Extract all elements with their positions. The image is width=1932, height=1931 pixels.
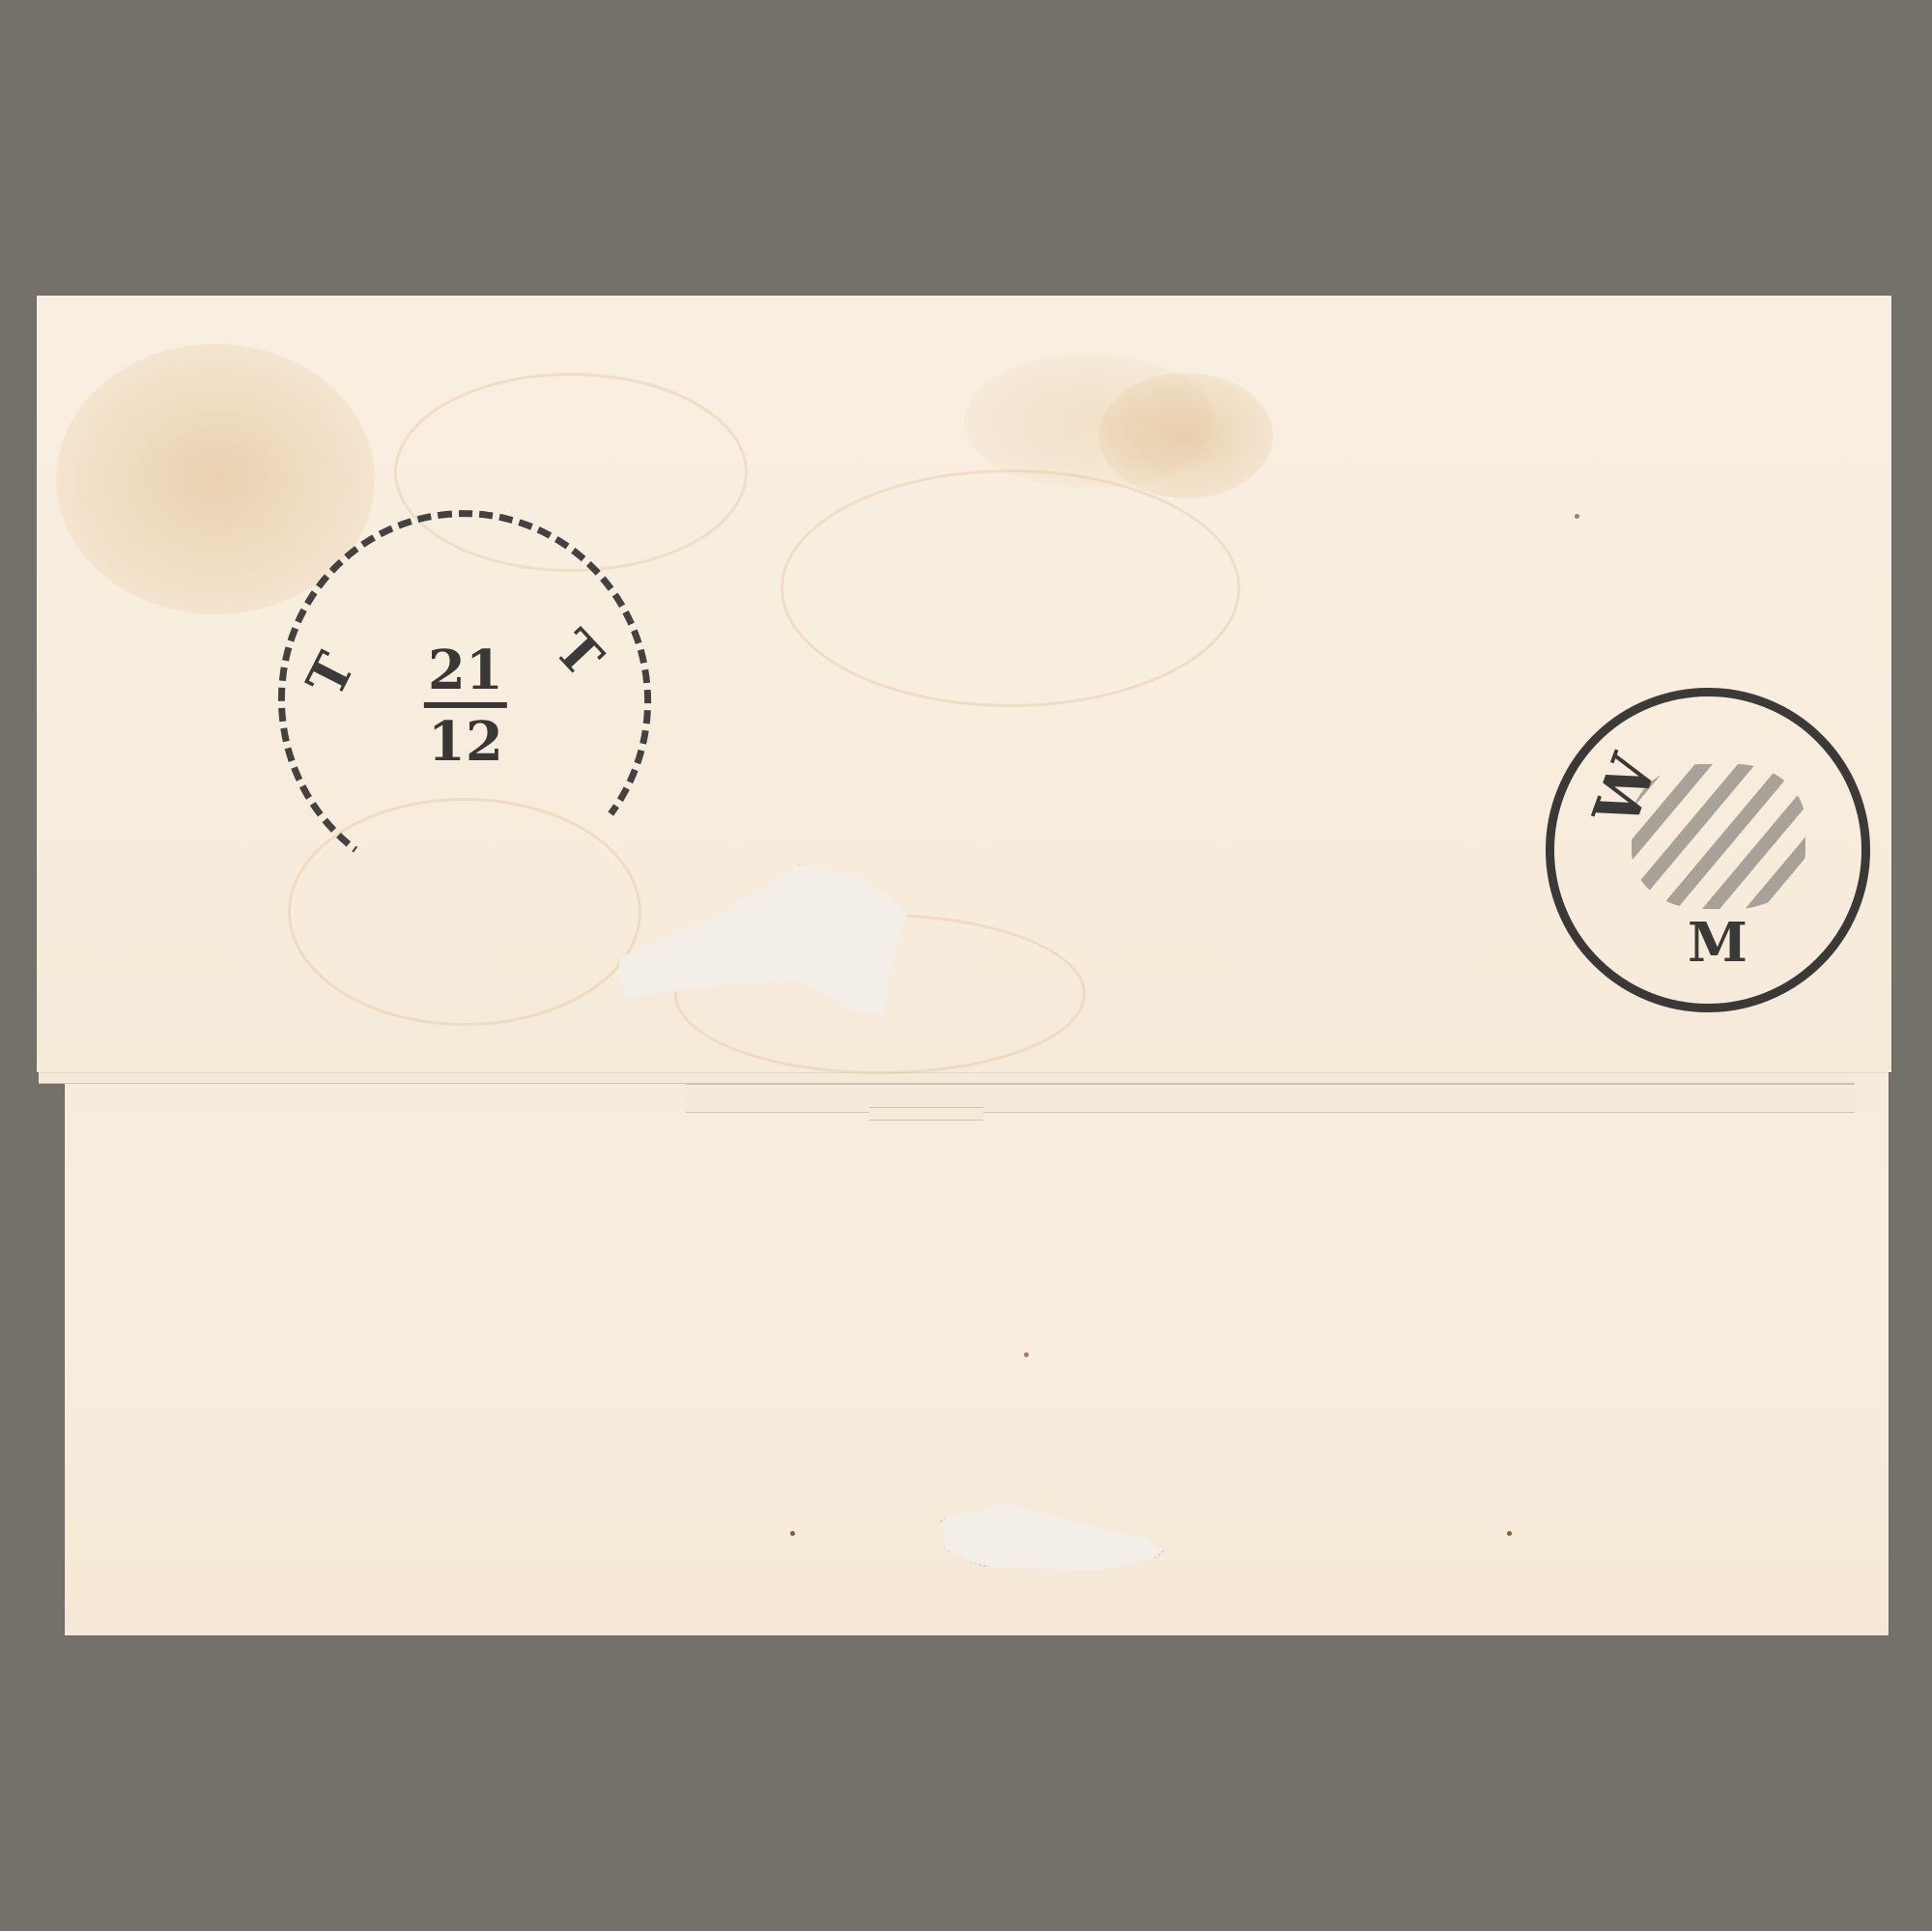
inner-fold-edge (686, 1084, 1855, 1113)
postmark-date-divider (424, 702, 507, 708)
postmark-day: 21 (286, 642, 645, 698)
bleed-through-oval (781, 469, 1240, 707)
foxing-speck (1024, 1352, 1029, 1357)
foxing-speck (790, 1531, 795, 1536)
foxing-speck (1507, 1531, 1512, 1536)
smudged-inscription (1632, 764, 1805, 909)
inner-fold-tab (869, 1107, 983, 1121)
postmark-month: 12 (286, 714, 645, 770)
postmark-date: 21 12 (286, 642, 645, 770)
toning-stain (964, 354, 1215, 489)
postmark-letter: M (1688, 911, 1747, 975)
postmark-transit-stamp: W M (1546, 688, 1870, 1012)
fold-edge (39, 1070, 1855, 1084)
foxing-speck (1575, 514, 1579, 519)
